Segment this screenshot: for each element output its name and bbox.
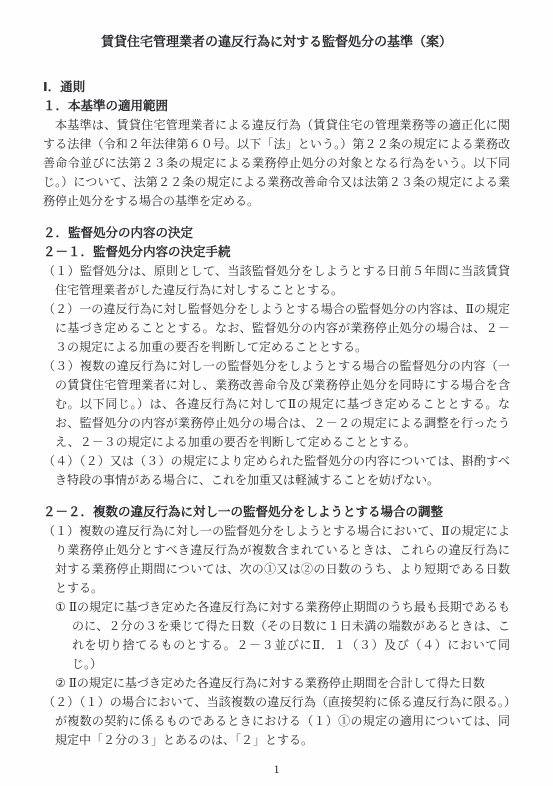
document-title: 賃貸住宅管理業者の違反行為に対する監督処分の基準（案） [43, 32, 510, 52]
procedure-item-3: （３）複数の違反行為に対し一の監督処分をしようとする場合の監督処分の内容（一の賃… [43, 357, 510, 452]
adjustment-circled-2: ② Ⅱの規定に基づき定めた各違反行為に対する業務停止期間を合計して得た日数 [43, 674, 510, 693]
procedure-item-4: （４）（２）又は（３）の規定により定められた監督処分の内容については、斟酌すべき… [43, 452, 510, 490]
heading-decision: ２．監督処分の内容の決定 [43, 224, 510, 243]
heading-adjustment: ２－２．複数の違反行為に対し一の監督処分をしようとする場合の調整 [43, 503, 510, 522]
paragraph-scope: 本基準は、賃貸住宅管理業者による違反行為（賃貸住宅の管理業務等の適正化に関する法… [43, 116, 510, 211]
procedure-item-2: （２）一の違反行為に対し監督処分をしようとする場合の監督処分の内容は、Ⅱの規定に… [43, 300, 510, 357]
procedure-item-1: （１）監督処分は、原則として、当該監督処分をしようとする日前５年間に当該賃貸住宅… [43, 262, 510, 300]
adjustment-item-2: （２）（１）の場合において、当該複数の違反行為（直接契約に係る違反行為に限る。）… [43, 693, 510, 750]
adjustment-item-1: （１）複数の違反行為に対し一の監督処分をしようとする場合において、Ⅱの規定により… [43, 522, 510, 598]
heading-procedure: ２－１．監督処分内容の決定手続 [43, 243, 510, 262]
document-page: 賃貸住宅管理業者の違反行為に対する監督処分の基準（案） Ⅰ．通則 １．本基準の適… [0, 0, 553, 786]
page-number: 1 [0, 762, 553, 776]
adjustment-circled-1: ① Ⅱの規定に基づき定めた各違反行為に対する業務停止期間のうち最も長期であるもの… [43, 598, 510, 674]
heading-part1: Ⅰ．通則 [43, 78, 510, 97]
heading-scope: １．本基準の適用範囲 [43, 97, 510, 116]
